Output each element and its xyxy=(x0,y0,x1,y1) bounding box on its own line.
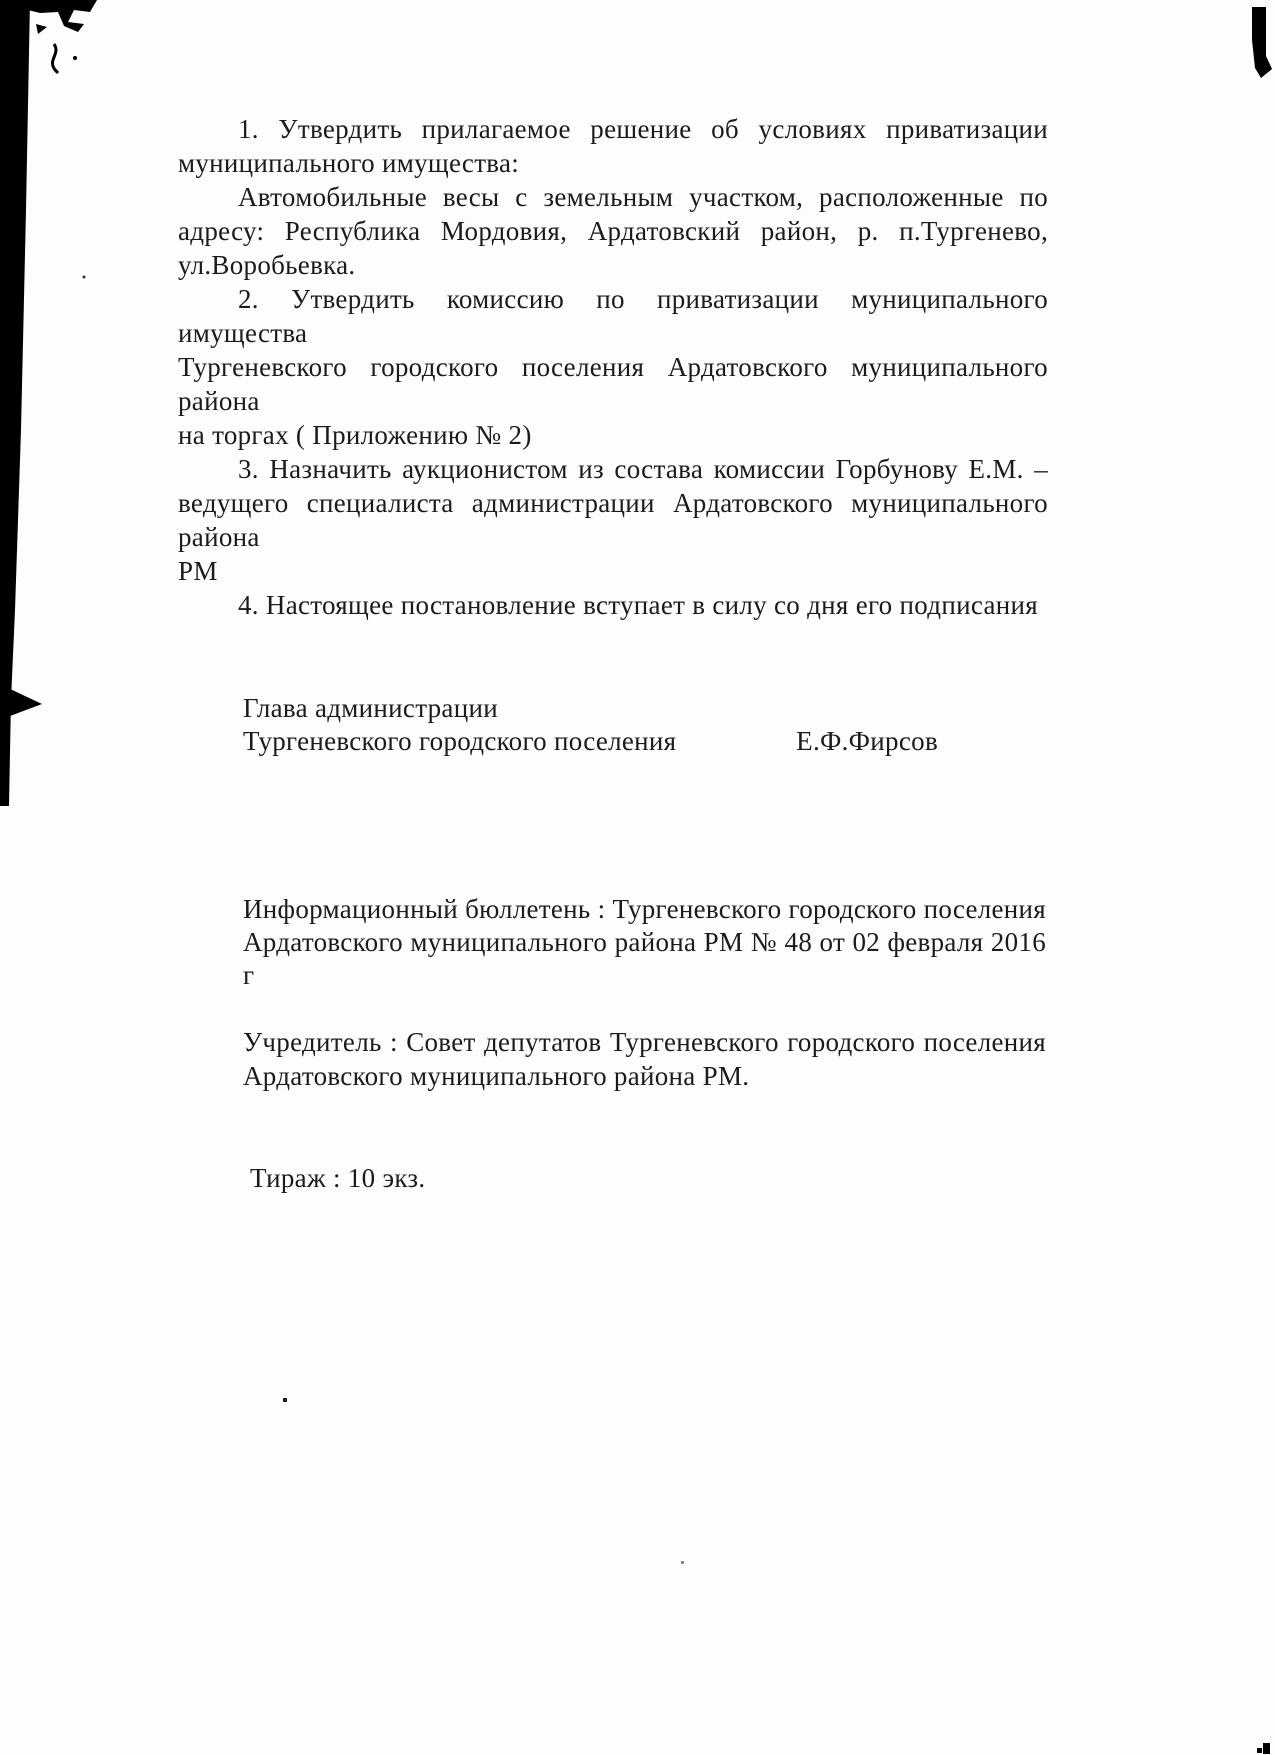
resolution-item-1-line: 1. Утвердить прилагаемое решение об усло… xyxy=(178,112,1048,146)
bulletin-line: Ардатовского муниципального района РМ № … xyxy=(243,926,1046,992)
resolution-item-2-line: Тургеневского городского поселения Ардат… xyxy=(178,350,1048,418)
resolution-item-3-line: 3. Назначить аукционистом из состава ком… xyxy=(178,452,1048,486)
founder-info: Учредитель : Совет депутатов Тургеневско… xyxy=(243,1025,1046,1093)
bulletin-info: Информационный бюллетень : Тургеневского… xyxy=(243,893,1046,992)
resolution-body: 1. Утвердить прилагаемое решение об усло… xyxy=(178,112,1048,622)
signature-block: Глава администрации Тургеневского городс… xyxy=(243,692,938,758)
resolution-item-1-line: муниципального имущества: xyxy=(178,146,1048,180)
founder-line: Учредитель : Совет депутатов Тургеневско… xyxy=(243,1025,1046,1059)
print-run-line: Тираж : 10 экз. xyxy=(250,1162,750,1194)
signer-title-line: Глава администрации xyxy=(243,692,938,725)
resolution-item-3-line: РМ xyxy=(178,554,1048,588)
top-right-ink-mark xyxy=(1252,7,1272,78)
stray-ink-dots xyxy=(283,1398,684,1564)
resolution-item-2-line: на торгах ( Приложению № 2) xyxy=(178,418,1048,452)
property-description-line: ул.Воробьевка. xyxy=(178,248,1048,282)
bottom-right-ink-speck xyxy=(1257,1743,1270,1754)
signer-name: Е.Ф.Фирсов xyxy=(796,725,938,758)
bulletin-line: Информационный бюллетень : Тургеневского… xyxy=(243,893,1046,926)
resolution-item-2-line: 2. Утвердить комиссию по приватизации му… xyxy=(178,282,1048,350)
property-description-line: Автомобильные весы с земельным участком,… xyxy=(178,180,1048,214)
left-edge-smudge xyxy=(0,0,97,806)
resolution-item-3-line: ведущего специалиста администрации Ардат… xyxy=(178,486,1048,554)
signer-title-line: Тургеневского городского поселения xyxy=(243,725,676,758)
resolution-item-4-line: 4. Настоящее постановление вступает в си… xyxy=(178,588,1048,622)
print-run-info: Тираж : 10 экз. xyxy=(250,1162,750,1194)
property-description-line: адресу: Республика Мордовия, Ардатовский… xyxy=(178,214,1048,248)
founder-line: Ардатовского муниципального района РМ. xyxy=(243,1059,1046,1093)
scanned-document-page: 1. Утвердить прилагаемое решение об усло… xyxy=(0,0,1275,1755)
